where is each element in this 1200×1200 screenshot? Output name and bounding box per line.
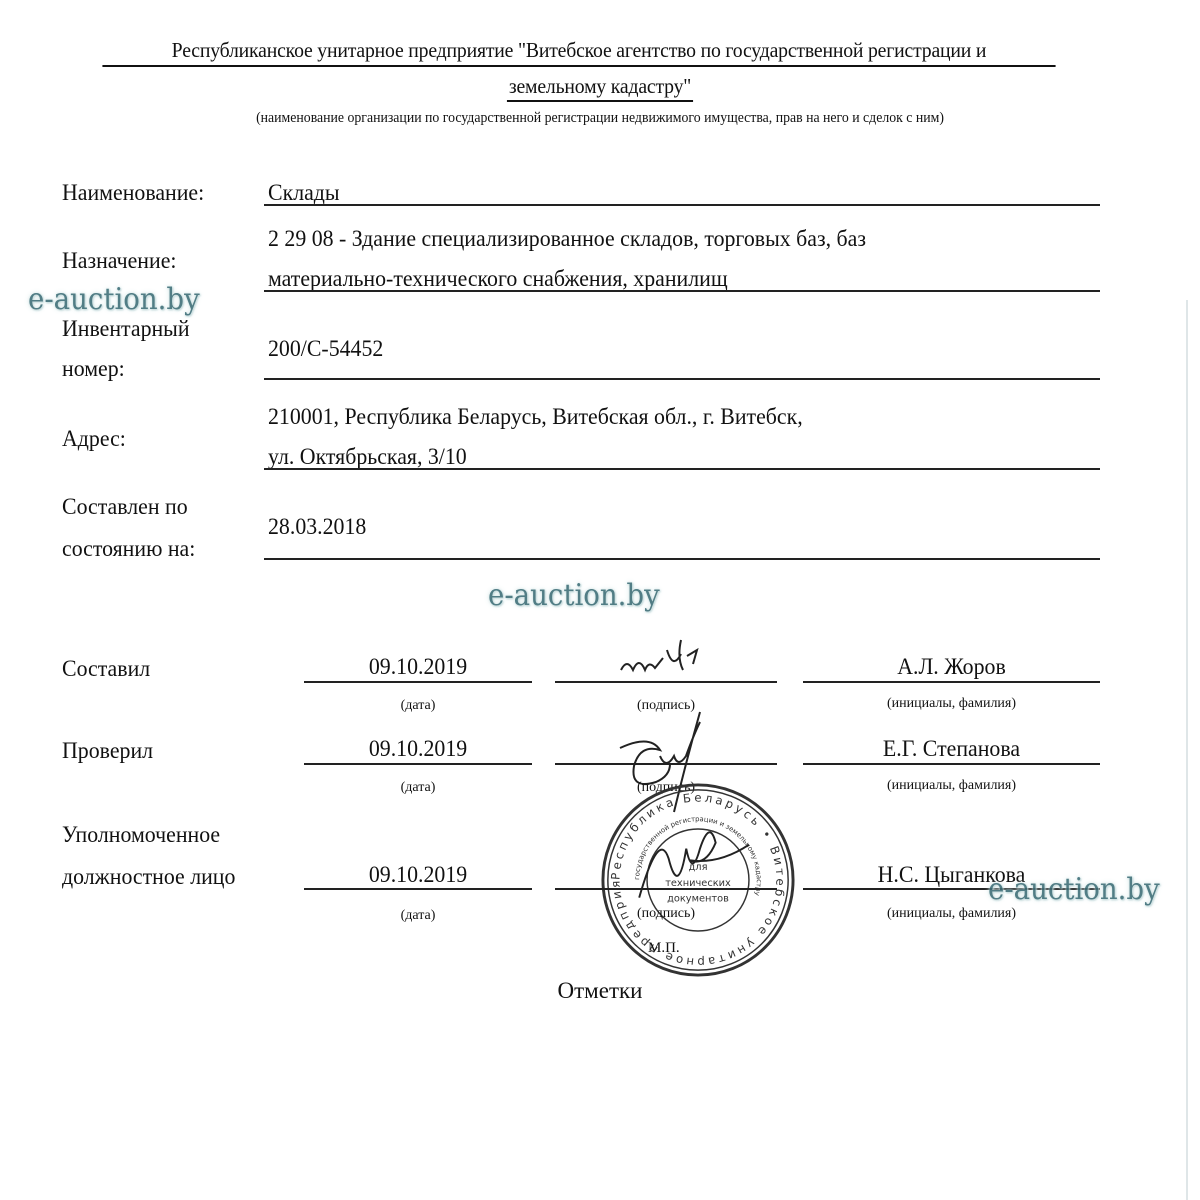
name-caption: (инициалы, фамилия) xyxy=(803,906,1100,922)
watermark-center: e-auction.by xyxy=(488,578,660,613)
svg-text:документов: документов xyxy=(667,894,729,905)
name-value: Склады xyxy=(268,180,340,206)
official-stamp-icon: Республика Беларусь • Витебское унитарно… xyxy=(600,782,796,978)
address-value-line2: ул. Октябрьская, 3/10 xyxy=(268,444,467,470)
purpose-value-line2: материально-технического снабжения, хран… xyxy=(268,266,728,292)
checked-by-name: Е.Г. Степанова xyxy=(810,736,1092,762)
name-caption: (инициалы, фамилия) xyxy=(803,696,1100,712)
address-label: Адрес: xyxy=(62,424,126,454)
name-label: Наименование: xyxy=(62,178,204,208)
compiled-by-label: Составил xyxy=(62,654,150,684)
authorized-official-date-line xyxy=(304,888,532,890)
authorized-official-signature-line xyxy=(555,888,777,890)
checked-by-date: 09.10.2019 xyxy=(310,736,527,762)
watermark-right: e-auction.by xyxy=(988,872,1160,907)
as-of-label-line2: состоянию на: xyxy=(62,534,195,564)
signature-caption: (подпись) xyxy=(555,906,777,922)
checked-by-label: Проверил xyxy=(62,736,153,766)
inventory-underline xyxy=(264,378,1100,380)
compiled-by-date: 09.10.2019 xyxy=(310,654,527,680)
marks-title: Отметки xyxy=(0,978,1200,1004)
inventory-label-line2: номер: xyxy=(62,354,125,384)
compiled-by-name: А.Л. Жоров xyxy=(810,654,1092,680)
as-of-value: 28.03.2018 xyxy=(268,514,366,540)
inventory-label-line1: Инвентарный xyxy=(62,314,190,344)
compiled-by-date-line xyxy=(304,681,532,683)
name-underline xyxy=(264,204,1100,206)
signature-zhorov-icon xyxy=(615,632,705,682)
address-value-line1: 210001, Республика Беларусь, Витебская о… xyxy=(268,404,803,430)
checked-by-name-line xyxy=(803,763,1100,765)
date-caption: (дата) xyxy=(304,698,532,714)
address-underline xyxy=(264,468,1100,470)
authorized-official-label-line1: Уполномоченное xyxy=(62,820,220,850)
organization-name-line2-text: земельному кадастру" xyxy=(507,74,693,102)
compiled-by-name-line xyxy=(803,681,1100,683)
as-of-label-line1: Составлен по xyxy=(62,492,188,522)
date-caption: (дата) xyxy=(304,780,532,796)
checked-by-date-line xyxy=(304,763,532,765)
page-edge xyxy=(1186,300,1188,1200)
watermark-top-left: e-auction.by xyxy=(28,282,200,317)
organization-name-line1: Республиканское унитарное предприятие "В… xyxy=(102,38,1055,67)
authorized-official-date: 09.10.2019 xyxy=(310,862,527,888)
purpose-label: Назначение: xyxy=(62,246,176,276)
as-of-underline xyxy=(264,558,1100,560)
date-caption: (дата) xyxy=(304,908,532,924)
organization-name-line2: земельному кадастру" xyxy=(36,74,1164,99)
organization-caption: (наименование организации по государстве… xyxy=(48,110,1152,127)
inventory-value: 200/С-54452 xyxy=(268,336,383,362)
seal-label: М.П. xyxy=(648,940,680,957)
purpose-underline xyxy=(264,290,1100,292)
purpose-value-line1: 2 29 08 - Здание специализированное скла… xyxy=(268,226,866,252)
authorized-official-label-line2: должностное лицо xyxy=(62,862,235,892)
name-caption: (инициалы, фамилия) xyxy=(803,778,1100,794)
